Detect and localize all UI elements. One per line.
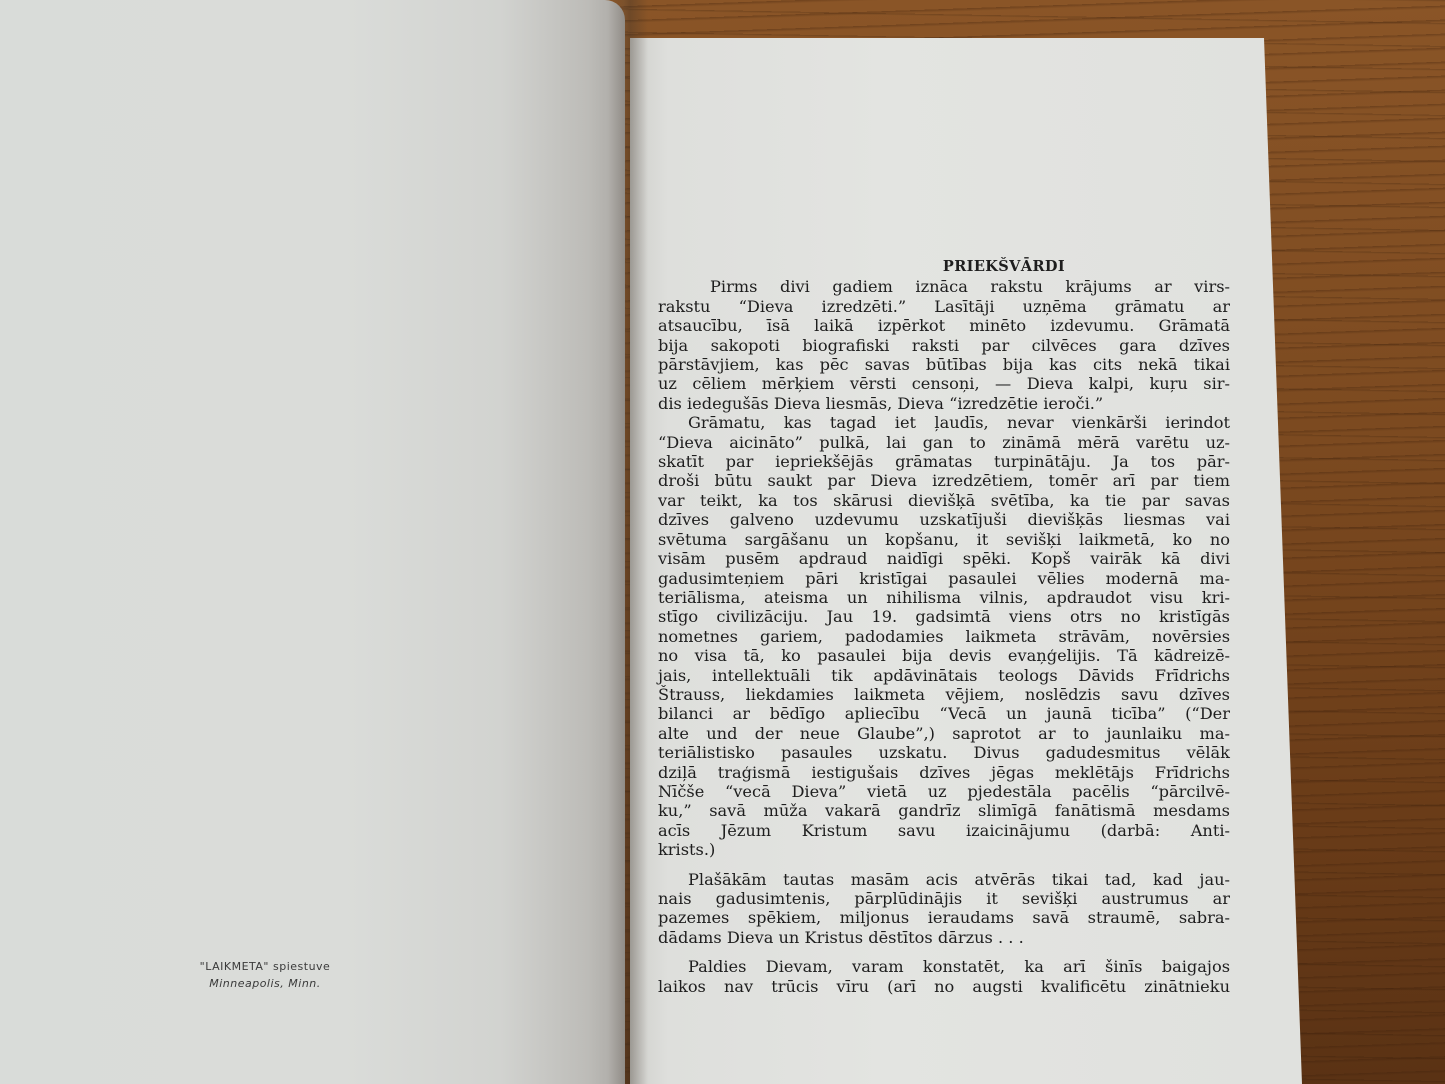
imprint-location: Minneapolis, Minn.: [140, 975, 390, 992]
text-line: teriālistisko pasaules uzskatu. Divus ga…: [658, 743, 1230, 762]
text-line: teriālisma, ateisma un nihilisma vilnis,…: [658, 588, 1230, 607]
text-line: dziļā traģismā iestigušais dzīves jēgas …: [658, 763, 1230, 782]
imprint-printer-name: "LAIKMETA" spiestuve: [140, 958, 390, 975]
paragraph-2: Grāmatu, kas tagad iet ļaudīs, nevar vie…: [658, 413, 1230, 859]
text-line: Plašākām tautas masām acis atvērās tikai…: [658, 870, 1230, 889]
paragraph-3: Plašākām tautas masām acis atvērās tikai…: [658, 870, 1230, 948]
text-line: pārstāvjiem, kas pēc savas būtības bija …: [658, 355, 1230, 374]
text-line: laikos nav trūcis vīru (arī no augsti kv…: [658, 977, 1230, 996]
text-line: visām pusēm apdraud naidīgi spēki. Kopš …: [658, 549, 1230, 568]
text-line: var teikt, ka tos skārusi dievišķā svētī…: [658, 491, 1230, 510]
paragraph-1: Pirms divi gadiem iznāca rakstu krājums …: [658, 277, 1230, 413]
text-line: jais, intellektuāli tik apdāvinātais teo…: [658, 666, 1230, 685]
printer-imprint: "LAIKMETA" spiestuve Minneapolis, Minn.: [140, 958, 390, 992]
text-line: pazemes spēkiem, miljonus ieraudams savā…: [658, 908, 1230, 927]
text-line: krists.): [658, 840, 1230, 859]
book-gutter: [608, 0, 648, 1084]
text-line: Grāmatu, kas tagad iet ļaudīs, nevar vie…: [658, 413, 1230, 432]
text-line: rakstu “Dieva izredzēti.” Lasītāji uzņēm…: [658, 297, 1230, 316]
text-line: stīgo civilizāciju. Jau 19. gadsimtā vie…: [658, 607, 1230, 626]
text-line: nais gadusimtenis, pārplūdinājis it sevi…: [658, 889, 1230, 908]
text-line: skatīt par iepriekšējās grāmatas turpinā…: [658, 452, 1230, 471]
text-line: ku,” savā mūža vakarā gandrīz slimīgā fa…: [658, 801, 1230, 820]
paragraph-4: Paldies Dievam, varam konstatēt, ka arī …: [658, 957, 1230, 996]
text-line: Paldies Dievam, varam konstatēt, ka arī …: [658, 957, 1230, 976]
text-line: no visa tā, ko pasaulei bija devis evaņģ…: [658, 646, 1230, 665]
text-line: dzīves galveno uzdevumu uzskatījuši diev…: [658, 510, 1230, 529]
text-line: acīs Jēzum Kristum savu izaicinājumu (da…: [658, 821, 1230, 840]
text-line: nometnes gariem, padodamies laikmeta str…: [658, 627, 1230, 646]
text-line: atsaucību, īsā laikā izpērkot minēto izd…: [658, 316, 1230, 335]
text-line: uz cēliem mērķiem vērsti censoņi, — Diev…: [658, 374, 1230, 393]
text-line: Pirms divi gadiem iznāca rakstu krājums …: [658, 277, 1230, 296]
text-line: Nīčše “vecā Dieva” vietā uz pjedestāla p…: [658, 782, 1230, 801]
text-line: svētuma sargāšanu un kopšanu, it sevišķi…: [658, 530, 1230, 549]
text-line: dis iedegušās Dieva liesmās, Dieva “izre…: [658, 394, 1230, 413]
left-page: "LAIKMETA" spiestuve Minneapolis, Minn.: [0, 0, 625, 1084]
text-line: dādams Dieva un Kristus dēstītos dārzus …: [658, 928, 1230, 947]
foreword-text: PRIEKŠVĀRDI Pirms divi gadiem iznāca rak…: [658, 257, 1230, 996]
text-line: droši būtu saukt par Dieva izredzētiem, …: [658, 471, 1230, 490]
text-line: “Dieva aicināto” pulkā, lai gan to zinām…: [658, 433, 1230, 452]
text-line: bija sakopoti biografiski raksti par cil…: [658, 336, 1230, 355]
text-line: alte und der neue Glaube”,) saprotot ar …: [658, 724, 1230, 743]
text-line: bilanci ar bēdīgo apliecību “Vecā un jau…: [658, 704, 1230, 723]
page-title: PRIEKŠVĀRDI: [778, 257, 1230, 276]
text-line: gadusimteņiem pāri kristīgai pasaulei vē…: [658, 569, 1230, 588]
text-line: Štrauss, liekdamies laikmeta vējiem, nos…: [658, 685, 1230, 704]
